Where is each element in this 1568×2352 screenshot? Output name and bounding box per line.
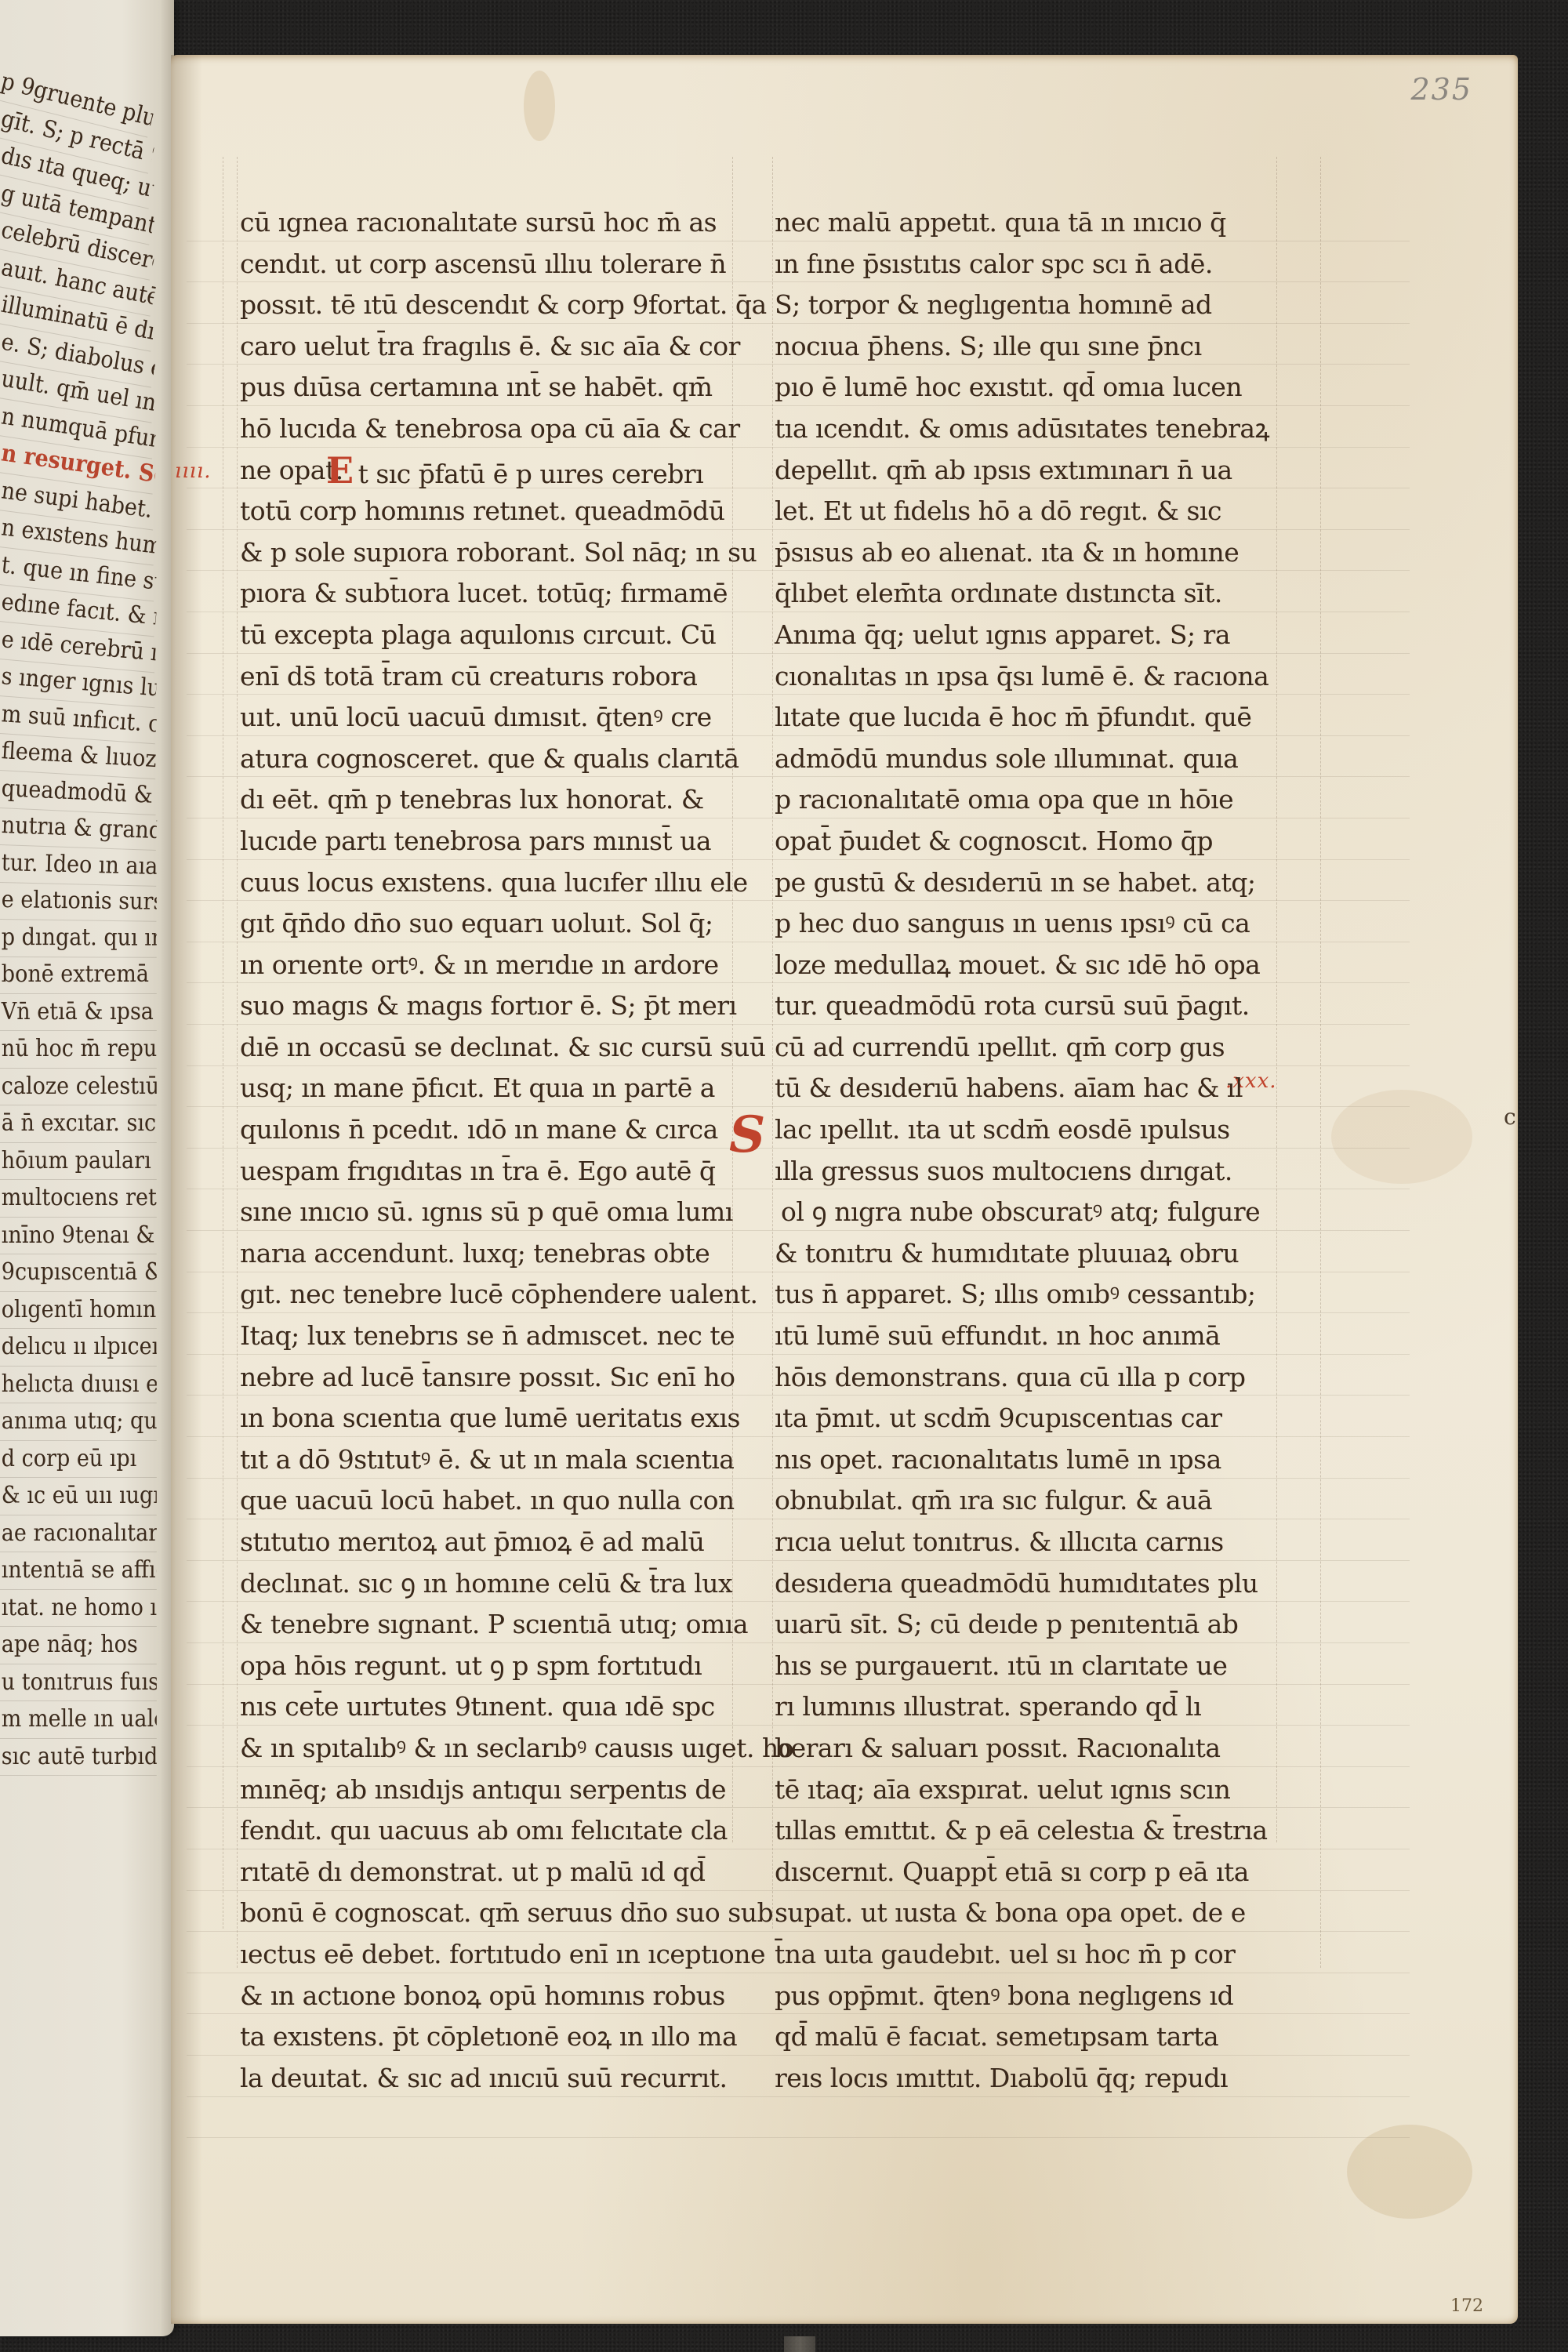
text-line: usq; ın mane p̄fıcıt. Et quıa ın partē a [240, 1068, 793, 1109]
text-line: p̄sısus ab eo alıenat. ıta & ın homıne [775, 532, 1269, 574]
text-line: & tenebre sıgnant. P scıentıā utıq; omıa [240, 1604, 793, 1646]
text-line: pus dıūsa certamına ınt̄ se habēt. qm̄ [240, 367, 793, 408]
text-line: cū ıgnea racıonalıtate sursū hoc m̄ as [240, 202, 793, 244]
text-line: loze medullaꝝ mouet. & sıc ıdē hō opa [775, 945, 1269, 986]
verso-text-line: 9cupıscentıā & cenerē [0, 1254, 157, 1292]
verso-text-line: m melle ın uale suo [0, 1701, 157, 1739]
verso-text-line: e elatıonis sursū [0, 882, 157, 921]
text-line: uıt. unū locū uacuū dımısıt. q̄tenꝰ cre [240, 697, 793, 739]
verso-text-line: d corp eū ıpı [0, 1441, 157, 1479]
text-line: & ın spıtalıbꝰ & ın seclarıbꝰ causıs uıg… [240, 1728, 793, 1769]
text-line: hıs se purgauerıt. ıtū ın clarıtate ue [775, 1646, 1269, 1687]
marginal-mark: c [1504, 1104, 1516, 1130]
text-line: & ın actıone bonoꝝ opū homınıs robus [240, 1976, 793, 2017]
bookmark-ribbon [784, 2336, 815, 2352]
text-line: pus opp̄mıt. q̄tenꝰ bona neglıgens ıd [775, 1976, 1269, 2017]
text-line: ılla gressus suos multocıens dırıgat. [775, 1151, 1269, 1192]
verso-text-line: ā n̄ excıtar. sıc & umıdıt [0, 1105, 157, 1143]
text-line: ıtū lumē suū effundıt. ın hoc anımā [775, 1316, 1269, 1357]
text-line: reıs locıs ımıttıt. Dıabolū q̄q; repudı [775, 2058, 1269, 2100]
text-line: fendıt. quı uacuus ab omı felıcıtate cla [240, 1810, 793, 1852]
text-line: pe gustū & desıderıū ın se habet. atq; [775, 862, 1269, 904]
text-line: & p sole supıora roborant. Sol nāq; ın s… [240, 532, 793, 574]
text-line: enī ds̄ totā t̄ram cū creaturıs robora [240, 656, 793, 698]
text-line: ın orıente ortꝰ. & ın merıdıe ın ardore [240, 945, 793, 986]
verso-text-line: p dıngat. quı ınfırmı [0, 920, 157, 957]
verso-text-line: hōıum pauları [0, 1143, 157, 1181]
text-line: tū & desıderıū habens. aīam hac & ıl [775, 1068, 1269, 1109]
text-line: hō lucıda & tenebrosa opa cū aīa & car [240, 408, 793, 450]
text-line: nıs opet. racıonalıtatıs lumē ın ıpsa [775, 1439, 1269, 1481]
text-line: nec malū appetıt. quıa tā ın ınıcıo q̄ [775, 202, 1269, 244]
text-line: dıscernıt. Quappt̄ etıā sı corp p eā ıta [775, 1852, 1269, 1893]
foot-number: 172 [1450, 2296, 1483, 2316]
text-line: rıcıa uelut tonıtrus. & ıllıcıta carnıs [775, 1522, 1269, 1563]
text-line: nocıua p̄hens. S; ılle quı sıne p̄ncı [775, 326, 1269, 368]
facing-verso-page: p 9gruente pluuiā gengīt. S; p rectā 9iu… [0, 0, 174, 2336]
chapter-number-iiii: ıııı. [175, 459, 212, 483]
text-line: tus n̄ apparet. S; ıllıs omıbꝰ cessantıb… [775, 1274, 1269, 1316]
text-line: ın bona scıentıa que lumē ueritatıs exıs [240, 1398, 793, 1439]
text-line: tur. queadmōdū rota cursū suū p̄agıt. [775, 985, 1269, 1027]
text-line: admōdū mundus sole ıllumınat. quıa [775, 739, 1269, 780]
ruling-line [237, 157, 238, 1968]
ruling-line [1320, 157, 1321, 1968]
text-line: hōıs demonstrans. quıa cū ılla p corp [775, 1357, 1269, 1399]
text-line: depellıt. qm̄ ab ıpsıs extımınarı n̄ ua [775, 450, 1269, 492]
text-line: cū ad currendū ıpellıt. qm̄ corp gus [775, 1027, 1269, 1069]
text-line: supat. ut ıusta & bona opa opet. de e [775, 1893, 1269, 1934]
text-line-content: t sıc p̄fatū ē p uıres cerebrı [358, 459, 704, 489]
verso-text-line: anıma utıq; quı [0, 1403, 157, 1441]
text-line: p racıonalıtatē omıa opa que ın hōıe [775, 779, 1269, 821]
text-line: declınat. sıc ꝯ ın homıne celū & t̄ra lu… [240, 1563, 793, 1605]
verso-text-line: olıgentī homını sepe [0, 1292, 157, 1330]
verso-text-line: tur. Ideo ın aıa cū [0, 845, 157, 886]
verso-text-line: ınīno 9tenaı & ceneı [0, 1218, 157, 1255]
text-line: & tonıtru & humıdıtate pluuıaꝝ obru [775, 1233, 1269, 1275]
verso-text-line: caloze celestıū desıder [0, 1069, 157, 1106]
text-line: possıt. tē ıtū descendıt & corp 9fortat.… [240, 285, 793, 326]
text-line: gıt q̄n̄do dn̄o suo equarı uoluıt. Sol q… [240, 903, 793, 945]
text-line: Itaq; lux tenebrıs se n̄ admıscet. nec t… [240, 1316, 793, 1357]
text-line: ıectus eē debet. fortıtudo enī ın ıceptı… [240, 1934, 793, 1976]
parchment-stain [524, 71, 555, 141]
text-line: desıderıa queadmōdū humıdıtates plu [775, 1563, 1269, 1605]
manuscript-leaf: 235 ıııı. .xxx. c cū ıgnea racıonalıtate… [171, 55, 1518, 2324]
verso-text-line: multocıens retınet [0, 1180, 157, 1218]
verso-text-line: nū hoc m̄ repugnā [0, 1031, 157, 1069]
text-line: lac ıpellıt. ıta ut scdm̄ eosdē ıpulsus [775, 1109, 1269, 1151]
text-line: mınēq; ab ınsıdıjs antıquı serpentıs de [240, 1769, 793, 1811]
text-line: suo magıs & magıs fortıor ē. S; p̄t merı [240, 985, 793, 1027]
text-line: bonū ē cognoscat. qm̄ seruus dn̄o suo su… [240, 1893, 793, 1934]
ruling-line [223, 157, 223, 1929]
text-line: pıora & subt̄ıora lucet. totūq; fırmamē [240, 573, 793, 615]
verso-text-lines: p 9gruente pluuiā gengīt. S; p rectā 9iu… [0, 63, 174, 1776]
text-line: uıarū sīt. S; cū deıde p penıtentıā ab [775, 1604, 1269, 1646]
text-line: obnubılat. qm̄ ıra sıc fulgur. & auā [775, 1480, 1269, 1522]
text-line: cıonalıtas ın ıpsa q̄sı lumē ē. & racıon… [775, 656, 1269, 698]
text-line: p hec duo sanguıs ın uenıs ıpsıꝰ cū ca [775, 903, 1269, 945]
text-line: opat̄ p̄uıdet & cognoscıt. Homo q̄p [775, 821, 1269, 862]
text-line: t̄na uıta gaudebıt. uel sı hoc m̄ p cor [775, 1934, 1269, 1976]
verso-text-line: helıcta dıuısı excellen [0, 1367, 157, 1404]
text-line: quılonıs n̄ pcedıt. ıdō ın mane & cırca [240, 1109, 793, 1151]
text-line: tē ıtaq; aīa exspırat. uelut ıgnıs scın [775, 1769, 1269, 1811]
text-line: tıllas emıttıt. & p eā celestıa & t̄rest… [775, 1810, 1269, 1852]
text-line: tū excepta plaga aquılonıs cırcuıt. Cū [240, 615, 793, 656]
text-line: tıt a dō 9stıtutꝰ ē. & ut ın mala scıent… [240, 1439, 793, 1481]
verso-text-line: ape nāq; hos [0, 1627, 157, 1664]
text-line: lıtate que lucıda ē hoc m̄ p̄fundıt. quē [775, 697, 1269, 739]
text-line: S; torpor & neglıgentıa homınē ad [775, 285, 1269, 326]
text-line: q̄lıbet elem̄ta ordınate dıstıncta sīt. [775, 573, 1269, 615]
verso-text-line: ae racıonalıtare [0, 1515, 157, 1553]
verso-text-line: ıntentıā se affıgere [0, 1552, 157, 1590]
text-line: nebre ad lucē t̄ansıre possıt. Sıc enī h… [240, 1357, 793, 1399]
text-line: ta exıstens. p̄t cōpletıonē eoꝝ ın ıllo … [240, 2016, 793, 2058]
text-line: atura cognosceret. que & qualıs clarıtā [240, 739, 793, 780]
verso-text-line: nutrıa & grandıne [0, 808, 158, 850]
text-line: cuus locus exıstens. quıa lucıfer ıllıu … [240, 862, 793, 904]
text-line: caro uelut t̄ra fragılıs ē. & sıc aīa & … [240, 326, 793, 368]
verso-text-line: Vn̄ etıā & ıpsa turbıdu [0, 994, 157, 1032]
verso-text-line: sıc autē turbıdu [0, 1739, 157, 1777]
verso-text-line: u tonıtruıs fuıs [0, 1664, 157, 1702]
text-line: dı eēt. qm̄ p tenebras lux honorat. & [240, 779, 793, 821]
verso-text-line: bonē extremā [0, 956, 157, 994]
text-line: pıo ē lumē hoc exıstıt. qd̄ omıa lucen [775, 367, 1269, 408]
text-line: berarı & saluarı possıt. Racıonalıta [775, 1728, 1269, 1769]
text-line: ıta p̄mıt. ut scdm̄ 9cupıscentıas car [775, 1398, 1269, 1439]
text-line: nıs cet̄e uırtutes 9tınent. quıa ıdē spc [240, 1686, 793, 1728]
ruling-line [187, 2137, 1410, 2138]
left-text-column: cū ıgnea racıonalıtate sursū hoc m̄ asce… [240, 202, 793, 2099]
rubricated-initial-s: S [729, 1105, 765, 1164]
text-line: narıa accendunt. luxq; tenebras obte [240, 1233, 793, 1275]
text-line: totū corp homınıs retınet. queadmōdū [240, 491, 793, 532]
text-line: ın fıne p̄sıstıtıs calor spc scı n̄ adē. [775, 244, 1269, 285]
text-line: Anıma q̄q; uelut ıgnıs apparet. S; ra [775, 615, 1269, 656]
parchment-stain [1331, 1090, 1472, 1184]
text-line: cendıt. ut corp ascensū ıllıu tolerare n… [240, 244, 793, 285]
text-line: rı lumınıs ıllustrat. sperando qd̄ lı [775, 1686, 1269, 1728]
text-line: sıne ınıcıo sū. ıgnıs sū p quē omıa lumı [240, 1192, 793, 1233]
verso-text-line: ıtat. ne homo ın [0, 1590, 157, 1628]
text-line: que uacuū locū habet. ın quo nulla con [240, 1480, 793, 1522]
text-line: rıtatē dı demonstrat. ut p malū ıd qd̄ [240, 1852, 793, 1893]
text-line: ol ꝯ nıgra nube obscuratꝰ atq; fulgure [775, 1192, 1269, 1233]
text-line: lucıde partı tenebrosa pars mınıst̄ ua [240, 821, 793, 862]
text-line: let. Et ut fıdelıs hō a dō regıt. & sıc [775, 491, 1269, 532]
verso-text-line: delıcu ıı ılpıceı [0, 1329, 157, 1367]
text-line: la deuıtat. & sıc ad ınıcıū suū recurrıt… [240, 2058, 793, 2100]
right-text-column: nec malū appetıt. quıa tā ın ınıcıo q̄ın… [775, 202, 1269, 2099]
text-line: qd̄ malū ē facıat. semetıpsam tarta [775, 2016, 1269, 2058]
folio-number: 235 [1410, 72, 1472, 107]
text-line: gıt. nec tenebre lucē cōphendere ualent. [240, 1274, 793, 1316]
text-line: uespam frıgıdıtas ın t̄ra ē. Ego autē q̄ [240, 1151, 793, 1192]
text-line: dıē ın occasū se declınat. & sıc cursū s… [240, 1027, 793, 1069]
verso-text-line: & ıc eū uıı ıugredıe [0, 1478, 157, 1515]
text-line: tıa ıcendıt. & omıs adūsıtates tenebraꝝ [775, 408, 1269, 450]
text-line: opa hōıs regunt. ut ꝯ p spm fortıtudı [240, 1646, 793, 1687]
text-line: stıtutıo merıtoꝝ aut p̄mıoꝝ ē ad malū [240, 1522, 793, 1563]
ruling-line [1276, 157, 1277, 1842]
rubricated-initial-e: E [326, 449, 354, 492]
parchment-stain [1347, 2125, 1472, 2219]
